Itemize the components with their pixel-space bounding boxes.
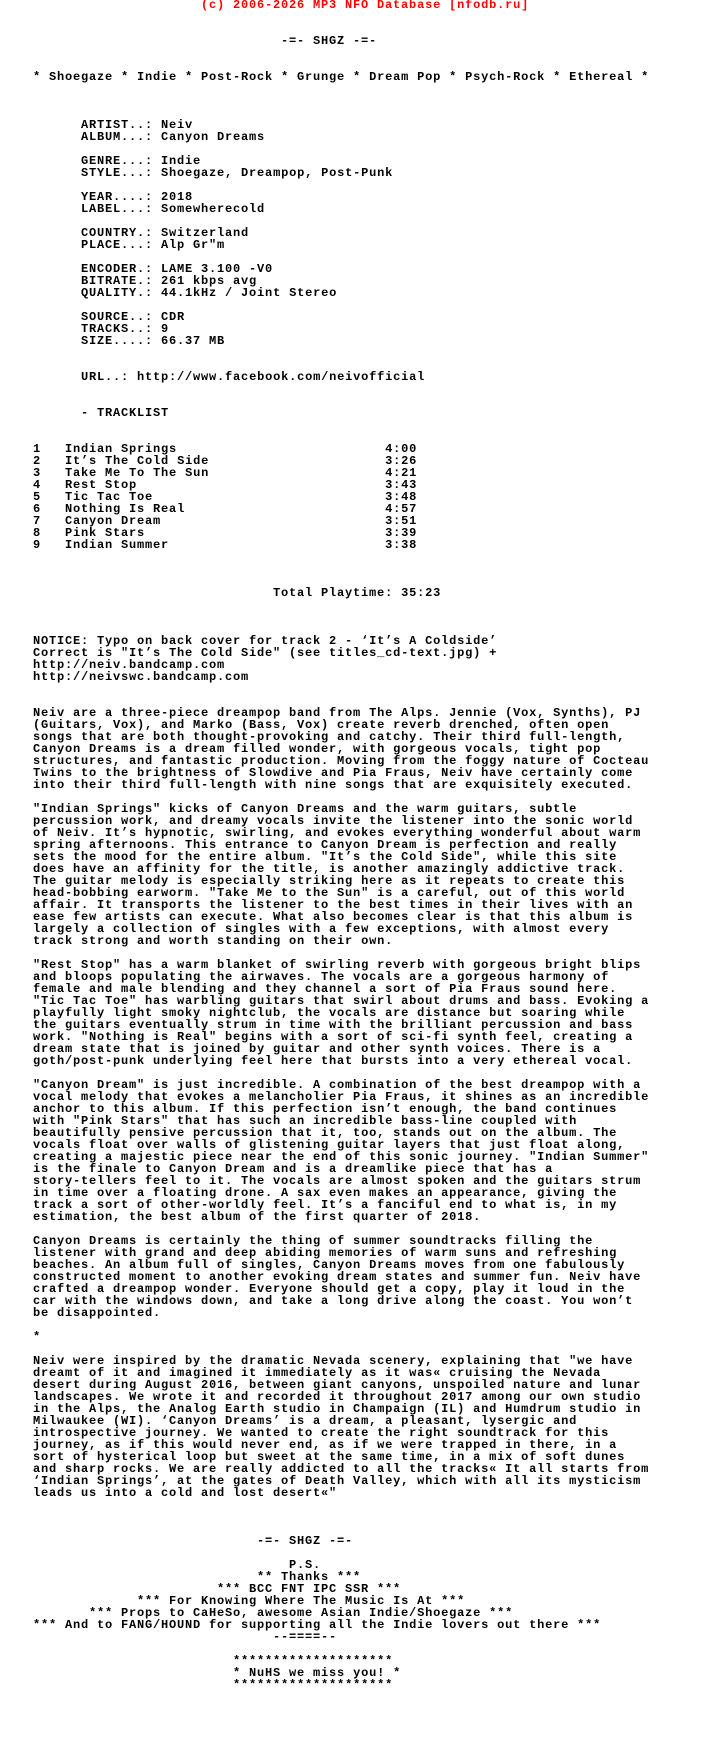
info-row-album: ALBUM...: Canyon Dreams [9,131,649,143]
review-text: track strong and worth standing on their… [33,934,393,948]
review-paragraph-1: into their third full-length with nine s… [9,779,649,791]
url-link[interactable]: http://www.facebook.com/neivofficial [137,370,425,384]
blank-line [9,1319,649,1331]
quality-label: QUALITY.: [81,286,153,300]
style-label: STYLE...: [81,166,153,180]
divider: --====-- [273,1630,337,1644]
box-border: ******************** [233,1678,393,1692]
album-value: Canyon Dreams [161,130,265,144]
footer-banner-line: -=- SHGZ -=- [9,1535,649,1547]
info-row-size: SIZE....: 66.37 MB [9,335,649,347]
blank-line [9,347,649,359]
info-row-style: STYLE...: Shoegaze, Dreampop, Post-Punk [9,167,649,179]
track-duration: 3:38 [385,538,417,552]
album-label: ALBUM...: [81,130,153,144]
blank-line [9,1715,649,1727]
separator: * [33,1330,41,1344]
size-label: SIZE....: [81,334,153,348]
blank-line [9,47,649,59]
separator-line: * [9,1331,649,1343]
info-row-quality: QUALITY.: 44.1kHz / Joint Stereo [9,287,649,299]
footer-banner: -=- SHGZ -=- [257,1534,353,1548]
place-label: PLACE...: [81,238,153,252]
genres-row: * Shoegaze * Indie * Post-Rock * Grunge … [9,71,649,83]
copyright-notice: (c) 2006-2026 MP3 NFO Database [nfodb.ru… [201,0,529,12]
review-text: into their third full-length with nine s… [33,778,633,792]
review-paragraph-4: estimation, the best album of the first … [9,1211,649,1223]
style-value: Shoegaze, Dreampop, Post-Punk [161,166,393,180]
review-paragraph-2: track strong and worth standing on their… [9,935,649,947]
blank-line [9,611,649,623]
place-value: Alp Gr"m [161,238,225,252]
divider-line: --====-- [9,1631,649,1643]
blank-line [9,1727,649,1739]
quality-value: 44.1kHz / Joint Stereo [161,286,337,300]
info-row-place: PLACE...: Alp Gr"m [9,239,649,251]
review-text: be disappointed. [33,1306,161,1320]
blank-line [9,1499,649,1511]
blank-line [9,1703,649,1715]
info-row-url: URL..: http://www.facebook.com/neivoffic… [9,371,649,383]
blank-line [9,11,649,23]
track-row: 9 Indian Summer 3:38 [9,539,649,551]
blank-line [9,95,649,107]
blank-line [9,383,649,395]
box-bottom: ******************** [9,1679,649,1691]
blank-line [9,1691,649,1703]
blank-line [9,419,649,431]
label-label: LABEL...: [81,202,153,216]
nfo-document: (c) 2006-2026 MP3 NFO Database [nfodb.ru… [9,0,649,1739]
group-banner: -=- SHGZ -=- [281,34,377,48]
track-number: 9 [33,538,41,552]
total-playtime: Total Playtime: 35:23 [273,586,441,600]
review-text: estimation, the best album of the first … [33,1210,481,1224]
blank-line [9,563,649,575]
tracklist-heading: - TRACKLIST [81,406,169,420]
label-value: Somewherecold [161,202,265,216]
blank-line [9,1511,649,1523]
review-paragraph-5: be disappointed. [9,1307,649,1319]
review-paragraph-3: goth/post-punk underlying feel here that… [9,1055,649,1067]
info-row-label: LABEL...: Somewherecold [9,203,649,215]
notice-link-line: http://neivswc.bandcamp.com [9,671,649,683]
blank-line [9,83,649,95]
url-label: URL..: [81,370,129,384]
total-row: Total Playtime: 35:23 [9,587,649,599]
bandcamp-link[interactable]: http://neivswc.bandcamp.com [33,670,249,684]
track-title: Indian Summer [65,538,169,552]
quote-paragraph: leads us into a cold and lost desert«" [9,1487,649,1499]
genres-line: * Shoegaze * Indie * Post-Rock * Grunge … [33,70,649,84]
banner-line: -=- SHGZ -=- [9,35,649,47]
review-text: goth/post-punk underlying feel here that… [33,1054,633,1068]
blank-line [9,599,649,611]
size-value: 66.37 MB [161,334,225,348]
quote-text: leads us into a cold and lost desert«" [33,1486,337,1500]
header-line: (c) 2006-2026 MP3 NFO Database [nfodb.ru… [9,0,649,11]
blank-line [9,551,649,563]
tracklist-heading-row: - TRACKLIST [9,407,649,419]
blank-line [9,683,649,695]
